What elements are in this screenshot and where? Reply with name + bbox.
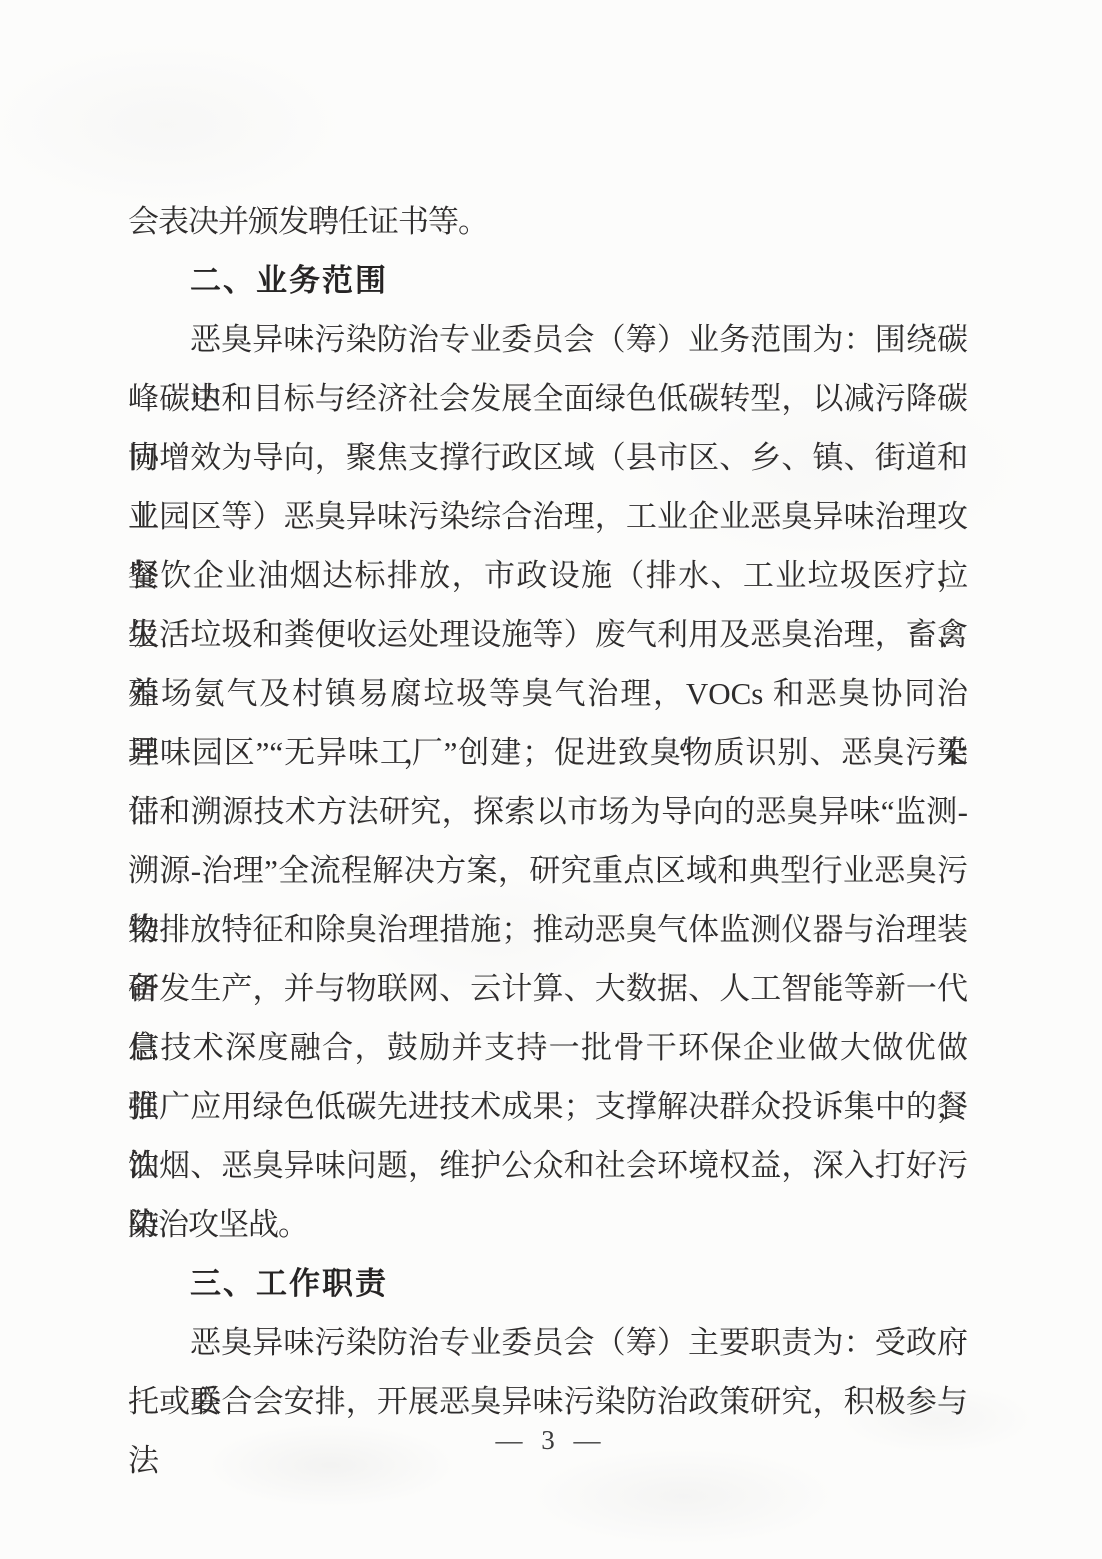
text-line: 生活垃圾和粪便收运处理设施等）废气利用及恶臭治理，畜禽养 [128,605,968,664]
text-line: 同增效为导向，聚焦支撑行政区域（县市区、乡、镇、街道和工 [128,428,968,487]
text-line: 溯源-治理”全流程解决方案，研究重点区域和典型行业恶臭污染 [128,841,968,900]
page-number: — 3 — [0,1424,1102,1456]
text-line: 餐饮企业油烟达标排放，市政设施（排水、工业垃圾医疗垃圾、 [128,546,968,605]
text-line: 息技术深度融合，鼓励并支持一批骨干环保企业做大做优做强， [128,1018,968,1077]
text-line: 恶臭异味污染防治专业委员会（筹）主要职责为：受政府委 [128,1313,968,1372]
text-line: 托或联合会安排，开展恶臭异味污染防治政策研究，积极参与法 [128,1372,968,1431]
text-line: 估和溯源技术方法研究，探索以市场为导向的恶臭异味“监测- [128,782,968,841]
text-line: 异味园区”“无异味工厂”创建；促进致臭物质识别、恶臭污染评 [128,723,968,782]
text-line: 殖场氨气及村镇易腐垃圾等臭气治理，VOCs 和恶臭协同治理，“无 [128,664,968,723]
scanned-document-page: { "page": { "number_label": "— 3 —" }, "… [0,0,1102,1559]
section-heading: 二、业务范围 [128,251,968,310]
section-heading: 三、工作职责 [128,1254,968,1313]
text-line: 会表决并颁发聘任证书等。 [128,192,968,251]
text-line: 恶臭异味污染防治专业委员会（筹）业务范围为：围绕碳达 [128,310,968,369]
text-line: 峰碳中和目标与经济社会发展全面绿色低碳转型，以减污降碳协 [128,369,968,428]
text-line: 业园区等）恶臭异味污染综合治理，工业企业恶臭异味治理攻坚， [128,487,968,546]
text-line: 推广应用绿色低碳先进技术成果；支撑解决群众投诉集中的餐饮 [128,1077,968,1136]
text-line: 研发生产，并与物联网、云计算、大数据、人工智能等新一代信 [128,959,968,1018]
text-line: 防治攻坚战。 [128,1195,968,1254]
text-line: 油烟、恶臭异味问题，维护公众和社会环境权益，深入打好污染 [128,1136,968,1195]
document-body: 会表决并颁发聘任证书等。二、业务范围恶臭异味污染防治专业委员会（筹）业务范围为：… [128,192,968,1431]
text-line: 物排放特征和除臭治理措施；推动恶臭气体监测仪器与治理装备 [128,900,968,959]
